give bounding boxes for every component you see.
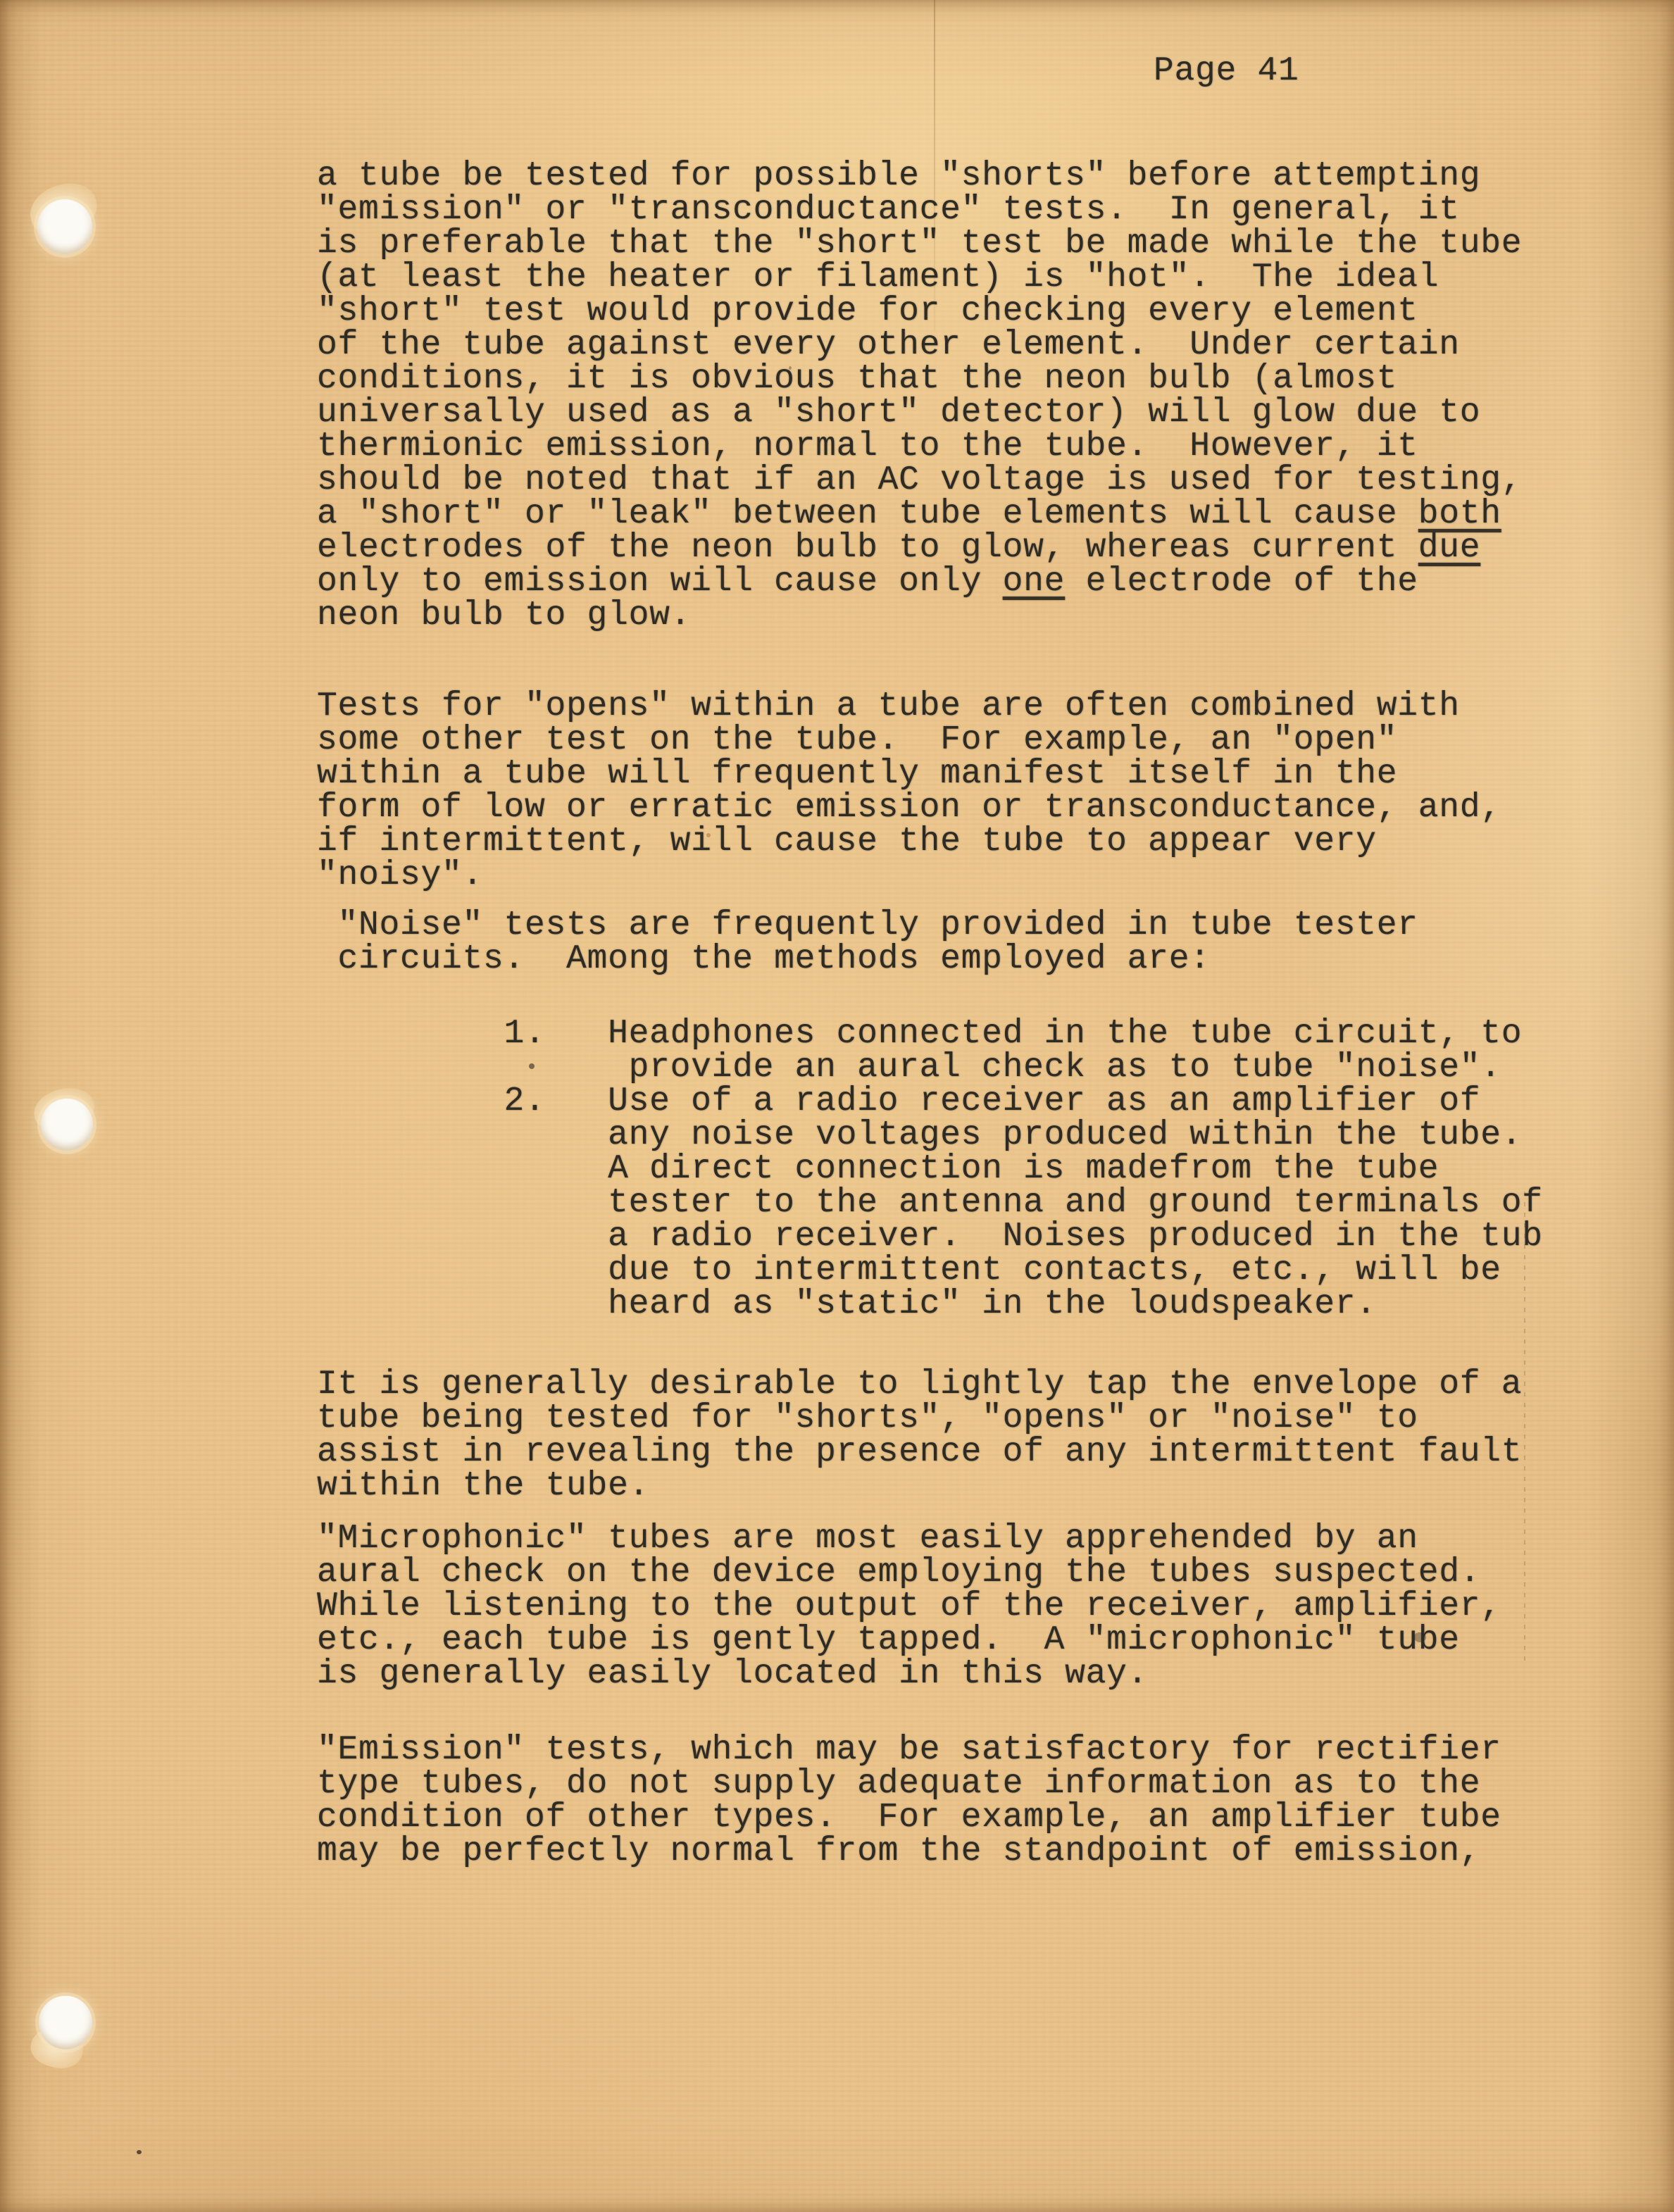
page-number-header: Page 41 <box>1154 54 1299 88</box>
list-noise-methods: 1. Headphones connected in the tube circ… <box>317 1017 1543 1321</box>
paragraph-opens-tests: Tests for "opens" within a tube are ofte… <box>317 689 1501 892</box>
paragraph-shorts-test: a tube be tested for possible "shorts" b… <box>317 159 1522 632</box>
text-line: should be noted that if an AC voltage is… <box>317 463 1522 497</box>
punch-hole-middle <box>41 1099 93 1151</box>
underlined-word: both <box>1418 495 1501 533</box>
text-line: universally used as a "short" detector) … <box>317 396 1522 430</box>
text-line: (at least the heater or filament) is "ho… <box>317 261 1522 294</box>
text-line: "noisy". <box>317 858 1501 892</box>
underlined-word: one <box>1003 563 1066 601</box>
paper-speck <box>529 1063 535 1069</box>
text-line: is generally easily located in this way. <box>317 1657 1501 1691</box>
text-line: A direct connection is madefrom the tube <box>317 1152 1543 1186</box>
text-line: tester to the antenna and ground termina… <box>317 1186 1543 1220</box>
paper-speck <box>789 366 792 370</box>
text-line: assist in revealing the presence of any … <box>317 1435 1522 1469</box>
text-line: circuits. Among the methods employed are… <box>317 942 1418 976</box>
text-line: only to emission will cause only one ele… <box>317 565 1522 599</box>
text-line: type tubes, do not supply adequate infor… <box>317 1767 1501 1801</box>
text-line: within the tube. <box>317 1469 1522 1503</box>
text-line: Tests for "opens" within a tube are ofte… <box>317 689 1501 723</box>
text-line: within a tube will frequently manifest i… <box>317 757 1501 791</box>
text-line: heard as "static" in the loudspeaker. <box>317 1287 1543 1321</box>
text-line: condition of other types. For example, a… <box>317 1801 1501 1835</box>
paragraph-emission-tests: "Emission" tests, which may be satisfact… <box>317 1733 1501 1868</box>
text-line: tube being tested for "shorts", "opens" … <box>317 1401 1522 1435</box>
text-line: of the tube against every other element.… <box>317 328 1522 362</box>
text-line: electrodes of the neon bulb to glow, whe… <box>317 531 1522 565</box>
text-line: 1. Headphones connected in the tube circ… <box>317 1017 1543 1051</box>
text-line: etc., each tube is gently tapped. A "mic… <box>317 1623 1501 1657</box>
ink-smudge <box>1414 1632 1426 1642</box>
paper-speck <box>137 2150 142 2154</box>
text-line: "Noise" tests are frequently provided in… <box>317 908 1418 942</box>
text-line: due to intermittent contacts, etc., will… <box>317 1254 1543 1287</box>
text-line: form of low or erratic emission or trans… <box>317 791 1501 825</box>
underlined-word: due <box>1418 529 1481 567</box>
punch-hole-bottom <box>39 1996 92 2049</box>
text-line: a "short" or "leak" between tube element… <box>317 497 1522 531</box>
paragraph-noise-tests: "Noise" tests are frequently provided in… <box>317 908 1418 976</box>
text-line: While listening to the output of the rec… <box>317 1589 1501 1623</box>
text-line: if intermittent, will cause the tube to … <box>317 825 1501 858</box>
text-line: It is generally desirable to lightly tap… <box>317 1368 1522 1401</box>
scanned-document-page: Page 41 a tube be tested for possible "s… <box>0 0 1674 2212</box>
text-line: is preferable that the "short" test be m… <box>317 227 1522 261</box>
text-line: thermionic emission, normal to the tube.… <box>317 430 1522 463</box>
text-line: a radio receiver. Noises produced in the… <box>317 1220 1543 1254</box>
text-line: 2. Use of a radio receiver as an amplifi… <box>317 1085 1543 1118</box>
text-line: "emission" or "transconductance" tests. … <box>317 193 1522 227</box>
paper-speck <box>706 833 711 837</box>
text-line: "Microphonic" tubes are most easily appr… <box>317 1522 1501 1556</box>
text-line: provide an aural check as to tube "noise… <box>317 1051 1543 1085</box>
text-line: conditions, it is obvious that the neon … <box>317 362 1522 396</box>
text-line: "Emission" tests, which may be satisfact… <box>317 1733 1501 1767</box>
punch-hole-top <box>37 199 92 254</box>
paragraph-tap-envelope: It is generally desirable to lightly tap… <box>317 1368 1522 1503</box>
text-line: a tube be tested for possible "shorts" b… <box>317 159 1522 193</box>
text-line: may be perfectly normal from the standpo… <box>317 1835 1501 1868</box>
text-line: aural check on the device employing the … <box>317 1556 1501 1589</box>
text-line: neon bulb to glow. <box>317 599 1522 632</box>
text-line: some other test on the tube. For example… <box>317 723 1501 757</box>
text-line: any noise voltages produced within the t… <box>317 1118 1543 1152</box>
text-line: "short" test would provide for checking … <box>317 294 1522 328</box>
paragraph-microphonic: "Microphonic" tubes are most easily appr… <box>317 1522 1501 1691</box>
